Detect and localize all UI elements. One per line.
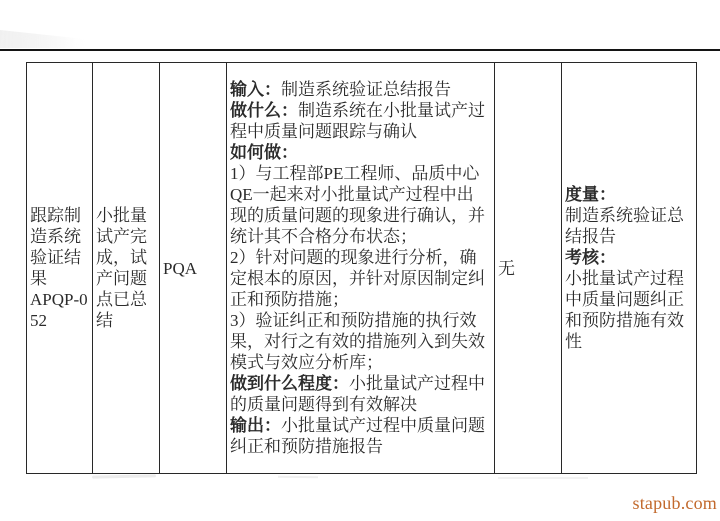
page-top-rule: [0, 49, 720, 51]
paragraph: 如何做：: [230, 142, 490, 163]
paragraph-label: 做什么：: [230, 101, 298, 120]
cell-activity-name: 跟踪制造系统验证结果 APQP-052: [27, 63, 93, 474]
paragraph: 做什么：制造系统在小批量试产过程中质量问题跟踪与确认: [230, 100, 490, 142]
process-step-table: 跟踪制造系统验证结果 APQP-052 小批量试产完成，试产问题点已总结 PQA…: [26, 62, 697, 474]
scan-smudge-bottom-1: [92, 474, 156, 478]
paragraph-label: 如何做：: [230, 143, 298, 162]
scan-smudge-top-left: [0, 26, 144, 48]
scan-smudge-bottom-3: [498, 477, 588, 479]
cell-activity-description: 输入：制造系统验证总结报告做什么：制造系统在小批量试产过程中质量问题跟踪与确认如…: [227, 63, 495, 474]
paragraph: 3）验证纠正和预防措施的执行效果，对行之有效的措施列入到失效模式与效应分析库；: [230, 310, 490, 373]
paragraph-label: 考核：: [565, 247, 692, 268]
paragraph: 输出：小批量试产过程中质量问题纠正和预防措施报告: [230, 415, 490, 457]
paragraph: 做到什么程度：小批量试产过程中的质量问题得到有效解决: [230, 373, 490, 415]
process-step-row: 跟踪制造系统验证结果 APQP-052 小批量试产完成，试产问题点已总结 PQA…: [27, 63, 697, 474]
paragraph-label: 输出：: [230, 416, 281, 435]
activity-code: APQP-052: [30, 289, 88, 331]
cell-entry-criteria: 小批量试产完成，试产问题点已总结: [93, 63, 160, 474]
paragraph: 2）针对问题的现象进行分析，确定根本的原因，并针对原因制定纠正和预防措施；: [230, 247, 490, 310]
paragraph: 输入：制造系统验证总结报告: [230, 79, 490, 100]
scanned-document-page: 跟踪制造系统验证结果 APQP-052 小批量试产完成，试产问题点已总结 PQA…: [0, 0, 720, 521]
cell-measurement-assessment: 度量：制造系统验证总结报告考核：小批量试产过程中质量问题纠正和预防措施有效性: [562, 63, 697, 474]
paragraph: 度量：制造系统验证总结报告: [565, 184, 692, 247]
scan-smudge-bottom-2: [278, 476, 318, 479]
paragraph: 考核：小批量试产过程中质量问题纠正和预防措施有效性: [565, 247, 692, 352]
watermark-stapub: stapub.com: [633, 493, 718, 514]
paragraph-label: 度量：: [565, 184, 692, 205]
cell-owner-role: PQA: [160, 63, 227, 474]
paragraph-label: 做到什么程度：: [230, 374, 349, 393]
cell-tools: 无: [495, 63, 562, 474]
paragraph-label: 输入：: [230, 80, 281, 99]
activity-title: 跟踪制造系统验证结果: [30, 205, 88, 289]
paragraph: 1）与工程部PE工程师、品质中心QE一起来对小批量试产过程中出现的质量问题的现象…: [230, 163, 490, 247]
